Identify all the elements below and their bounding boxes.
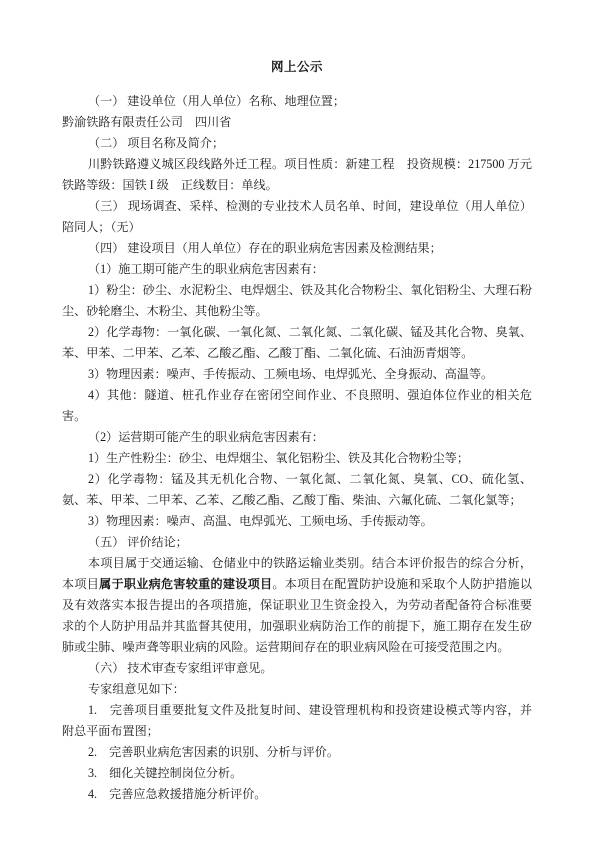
expert-opinion-item-3: 3. 细化关键控制岗位分析。 [62,763,532,784]
construction-company-line: 黔渝铁路有限责任公司 四川省 [62,112,532,133]
construction-hazard-item-physical: 3）物理因素：噪声、手传振动、工频电场、电焊弧光、全身振动、高温等。 [62,364,532,385]
section-4-heading: （四） 建设项目（用人单位）存在的职业病危害因素及检测结果； [62,238,532,259]
page-title: 网上公示 [62,57,532,78]
expert-opinion-item-2: 2. 完善职业病危害因素的识别、分析与评价。 [62,742,532,763]
expert-opinion-item-4: 4. 完善应急救援措施分析评价。 [62,784,532,805]
expert-opinion-intro: 专家组意见如下： [62,679,532,700]
operation-hazard-item-dust: 1）生产性粉尘：砂尘、电焊烟尘、氧化铝粉尘、铁及其化合物粉尘等； [62,448,532,469]
construction-period-heading: （1）施工期可能产生的职业病危害因素有： [62,259,532,280]
expert-opinion-item-1: 1. 完善项目重要批复文件及批复时间、建设管理机构和投资建设模式等内容，并附总平… [62,700,532,742]
evaluation-conclusion-paragraph: 本项目属于交通运输、仓储业中的铁路运输业类别。结合本评价报告的综合分析，本项目属… [62,553,532,658]
section-3-heading: （三） 现场调查、采样、检测的专业技术人员名单、时间，建设单位（用人单位）陪同人… [62,196,532,238]
construction-hazard-item-other: 4）其他：隧道、桩孔作业存在密闭空间作业、不良照明、强迫体位作业的相关危害。 [62,385,532,427]
project-summary-paragraph: 川黔铁路遵义城区段线路外迁工程。项目性质：新建工程 投资规模：217500 万元… [62,154,532,196]
document-page: 网上公示 （一） 建设单位（用人单位）名称、地理位置； 黔渝铁路有限责任公司 四… [0,0,595,842]
operation-hazard-item-chemical: 2）化学毒物：锰及其无机化合物、一氧化氮、二氧化氮、臭氧、CO、硫化氢、氨、苯、… [62,469,532,511]
construction-hazard-item-chemical: 2）化学毒物：一氧化碳、一氧化氮、二氧化氮、二氧化碳、锰及其化合物、臭氧、苯、甲… [62,322,532,364]
document-content: 网上公示 （一） 建设单位（用人单位）名称、地理位置； 黔渝铁路有限责任公司 四… [62,57,532,805]
section-1-heading: （一） 建设单位（用人单位）名称、地理位置； [62,91,532,112]
section-5-heading: （五） 评价结论； [62,532,532,553]
operation-period-heading: （2）运营期可能产生的职业病危害因素有： [62,427,532,448]
hazard-level-bold-text: 属于职业病危害较重的建设项目 [99,577,272,591]
operation-hazard-item-physical: 3）物理因素：噪声、高温、电焊弧光、工频电场、手传振动等。 [62,511,532,532]
section-6-heading: （六） 技术审查专家组评审意见。 [62,658,532,679]
section-2-heading: （二） 项目名称及简介； [62,133,532,154]
construction-hazard-item-dust: 1）粉尘：砂尘、水泥粉尘、电焊烟尘、铁及其化合物粉尘、氧化铝粉尘、大理石粉尘、砂… [62,280,532,322]
